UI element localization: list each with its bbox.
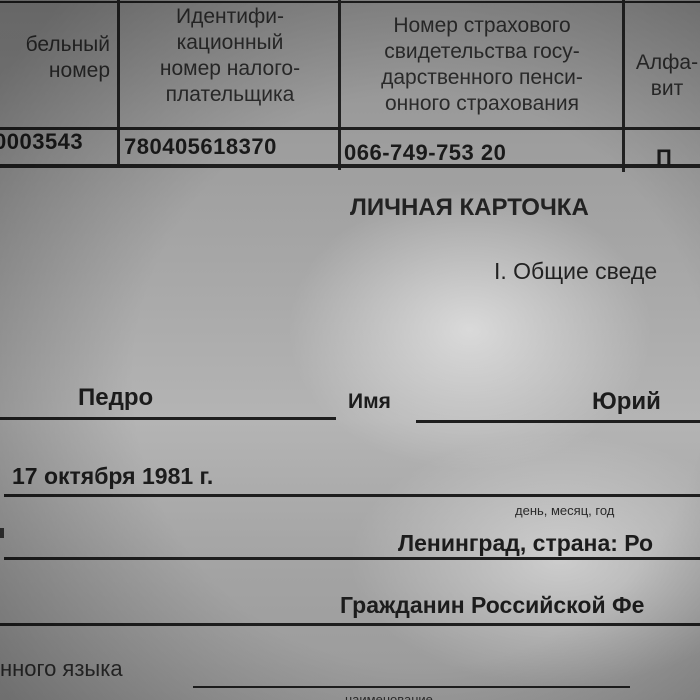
birth-date-underline — [4, 494, 700, 497]
table-header-border — [0, 127, 700, 130]
birth-date-hint: день, месяц, год — [515, 503, 614, 518]
cell-alphabet: П — [656, 145, 672, 171]
section-title: I. Общие сведе — [494, 258, 657, 285]
cell-snils: 066-749-753 20 — [344, 140, 506, 166]
citizenship-value: Гражданин Российской Фе — [340, 592, 644, 619]
first-name-label: Имя — [348, 390, 391, 414]
table-col-divider — [338, 0, 341, 170]
birth-date-value: 17 октября 1981 г. — [12, 463, 213, 490]
header-snils: Номер страхового свидетельства госу- дар… — [342, 13, 622, 117]
header-tab-number: бельный номер — [0, 32, 110, 84]
cell-tab-number: 0003543 — [0, 129, 83, 155]
first-name-value: Юрий — [592, 388, 661, 416]
citizenship-underline — [0, 623, 700, 626]
foreign-language-hint: наименование — [345, 692, 433, 700]
foreign-language-underline — [193, 686, 630, 688]
cell-inn: 780405618370 — [124, 134, 277, 160]
table-top-border — [0, 1, 700, 3]
surname-underline — [0, 417, 336, 420]
birthplace-underline — [4, 557, 700, 560]
birthplace-value: Ленинград, страна: Ро — [398, 530, 653, 557]
surname-value: Педро — [78, 384, 153, 412]
header-alphabet: Алфа- вит — [624, 50, 700, 102]
table-col-divider — [117, 0, 120, 168]
header-inn: Идентифи- кационный номер налого- плател… — [122, 4, 338, 108]
label-fragment — [0, 528, 4, 538]
first-name-underline — [416, 420, 700, 423]
foreign-language-label: нного языка — [0, 656, 123, 682]
card-title: ЛИЧНАЯ КАРТОЧКА — [350, 194, 589, 222]
